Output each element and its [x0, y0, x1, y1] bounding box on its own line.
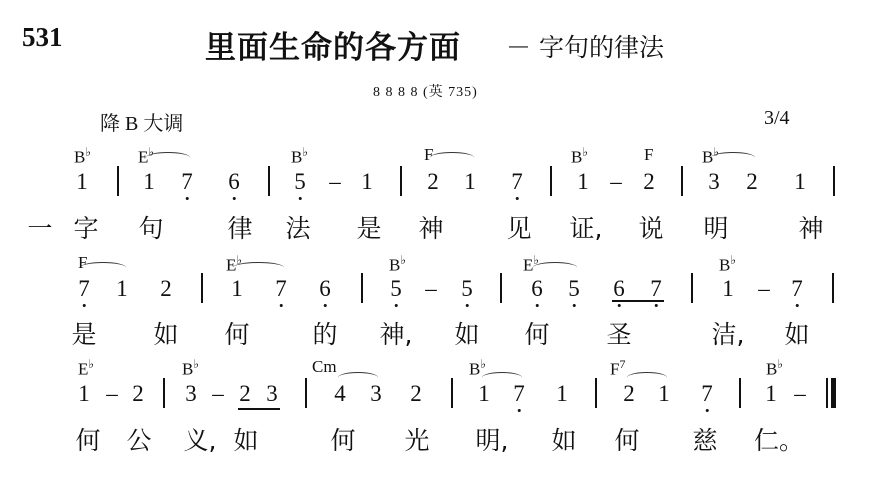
note: 2: [643, 170, 655, 193]
lyric-syllable: 是: [71, 322, 96, 347]
slur: [146, 152, 190, 163]
note: 5: [294, 170, 306, 193]
note: 2: [132, 382, 144, 405]
chord-label: B♭: [291, 146, 308, 166]
hymn-number: 531: [22, 22, 63, 53]
note: 7: [701, 382, 713, 405]
note: 7: [275, 277, 287, 300]
note: 1: [556, 382, 568, 405]
slur: [482, 372, 522, 383]
bar-line: [833, 166, 835, 196]
slur: [533, 262, 577, 273]
note: 1: [658, 382, 670, 405]
lyric-syllable: 神: [418, 216, 443, 241]
lyric-syllable: 慈: [692, 428, 717, 453]
chord-label: B♭: [719, 254, 736, 274]
low-octave-dot: [233, 197, 236, 200]
hymn-title: 里面生命的各方面: [205, 22, 461, 67]
note: 1: [765, 382, 777, 405]
note: 7: [650, 277, 662, 300]
note: 2: [410, 382, 422, 405]
bar-line: [832, 273, 834, 303]
note: 2: [746, 170, 758, 193]
note: 5: [461, 277, 473, 300]
low-octave-dot: [706, 409, 709, 412]
slur: [430, 152, 474, 163]
lyric-syllable: 法: [285, 216, 310, 241]
lyric-syllable: 句: [138, 216, 163, 241]
bar-line: [201, 273, 203, 303]
meter-label: 8 8 8 8 (英 735): [373, 81, 478, 101]
note: 1: [577, 170, 589, 193]
note: 7: [511, 170, 523, 193]
note: 1: [794, 170, 806, 193]
chord-label: B♭: [74, 146, 91, 166]
low-octave-dot: [186, 197, 189, 200]
note: 7: [513, 382, 525, 405]
low-octave-dot: [518, 409, 521, 412]
note-hold: –: [758, 277, 770, 300]
note-hold: –: [329, 170, 341, 193]
lyric-syllable: 义,: [184, 428, 217, 453]
note: 1: [231, 277, 243, 300]
lyric-syllable: 圣: [606, 322, 631, 347]
bar-line: [361, 273, 363, 303]
lyric-syllable: 如: [551, 428, 576, 453]
chord-label: B♭: [389, 254, 406, 274]
note: 5: [390, 277, 402, 300]
lyric-syllable: 明: [703, 216, 728, 241]
note: 3: [185, 382, 197, 405]
slur: [338, 372, 378, 383]
note-hold: –: [212, 382, 224, 405]
low-octave-dot: [466, 304, 469, 307]
lyric-syllable: 何: [75, 428, 100, 453]
chord-label: E♭: [78, 358, 94, 378]
lyric-syllable: 是: [356, 216, 381, 241]
note: 6: [228, 170, 240, 193]
lyric-syllable: 的: [312, 322, 337, 347]
bar-line: [500, 273, 502, 303]
note: 1: [143, 170, 155, 193]
lyric-syllable: 如: [454, 322, 479, 347]
lyric-syllable: 见: [506, 216, 531, 241]
lyric-syllable: 证,: [570, 216, 603, 241]
lyric-syllable: 律: [227, 216, 252, 241]
lyric-syllable: 何: [224, 322, 249, 347]
lyric-syllable: 如: [784, 322, 809, 347]
low-octave-dot: [83, 304, 86, 307]
note: 7: [791, 277, 803, 300]
eighth-beam: [238, 408, 280, 410]
slur: [711, 152, 755, 163]
lyric-syllable: 公: [126, 428, 151, 453]
bar-line: [681, 166, 683, 196]
note: 7: [181, 170, 193, 193]
note: 2: [239, 382, 251, 405]
low-octave-dot: [536, 304, 539, 307]
lyric-syllable: 如: [153, 322, 178, 347]
chord-label: F: [644, 146, 653, 163]
bar-line: [451, 378, 453, 408]
lyric-syllable: 何: [614, 428, 639, 453]
chord-label: B♭: [571, 146, 588, 166]
low-octave-dot: [655, 304, 658, 307]
key-signature: 降 B 大调: [100, 107, 183, 136]
note: 5: [568, 277, 580, 300]
low-octave-dot: [324, 304, 327, 307]
low-octave-dot: [573, 304, 576, 307]
lyric-syllable: 洁,: [712, 322, 745, 347]
bar-line: [595, 378, 597, 408]
eighth-beam: [612, 300, 664, 302]
lyric-syllable: 说: [638, 216, 663, 241]
lyric-syllable: 字: [73, 216, 98, 241]
note: 1: [116, 277, 128, 300]
note: 3: [266, 382, 278, 405]
lyric-syllable: 仁。: [754, 428, 804, 453]
note: 4: [334, 382, 346, 405]
note: 1: [722, 277, 734, 300]
note: 3: [370, 382, 382, 405]
lyric-syllable: 如: [233, 428, 258, 453]
hymn-subtitle: － 字句的律法: [506, 28, 664, 64]
note: 6: [613, 277, 625, 300]
lyric-syllable: 何: [524, 322, 549, 347]
low-octave-dot: [516, 197, 519, 200]
note: 2: [623, 382, 635, 405]
slur: [233, 262, 284, 273]
note-hold: –: [794, 382, 806, 405]
bar-line: [268, 166, 270, 196]
lyric-syllable: 神: [798, 216, 823, 241]
note: 1: [478, 382, 490, 405]
lyric-syllable: 神,: [380, 322, 413, 347]
note: 6: [319, 277, 331, 300]
note: 2: [427, 170, 439, 193]
time-signature: 3/4: [764, 107, 790, 130]
bar-line: [163, 378, 165, 408]
lyric-syllable: 一: [27, 216, 52, 241]
note: 3: [708, 170, 720, 193]
bar-line: [117, 166, 119, 196]
note-hold: –: [106, 382, 118, 405]
lyric-syllable: 明,: [476, 428, 509, 453]
note: 1: [464, 170, 476, 193]
low-octave-dot: [299, 197, 302, 200]
bar-line: [550, 166, 552, 196]
lyric-syllable: 何: [330, 428, 355, 453]
bar-line: [691, 273, 693, 303]
bar-line: [739, 378, 741, 408]
low-octave-dot: [618, 304, 621, 307]
chord-label: B♭: [766, 358, 783, 378]
note: 1: [78, 382, 90, 405]
note: 1: [361, 170, 373, 193]
bar-line: [305, 378, 307, 408]
slur: [627, 372, 667, 383]
note: 6: [531, 277, 543, 300]
note-hold: –: [610, 170, 622, 193]
chord-label: F7: [610, 358, 625, 378]
slur: [80, 262, 126, 273]
low-octave-dot: [395, 304, 398, 307]
note: 2: [160, 277, 172, 300]
bar-line: [400, 166, 402, 196]
low-octave-dot: [796, 304, 799, 307]
note: 1: [76, 170, 88, 193]
note: 7: [78, 277, 90, 300]
chord-label: B♭: [182, 358, 199, 378]
lyric-syllable: 光: [404, 428, 429, 453]
note-hold: –: [425, 277, 437, 300]
chord-label: Cm: [312, 358, 337, 375]
low-octave-dot: [280, 304, 283, 307]
